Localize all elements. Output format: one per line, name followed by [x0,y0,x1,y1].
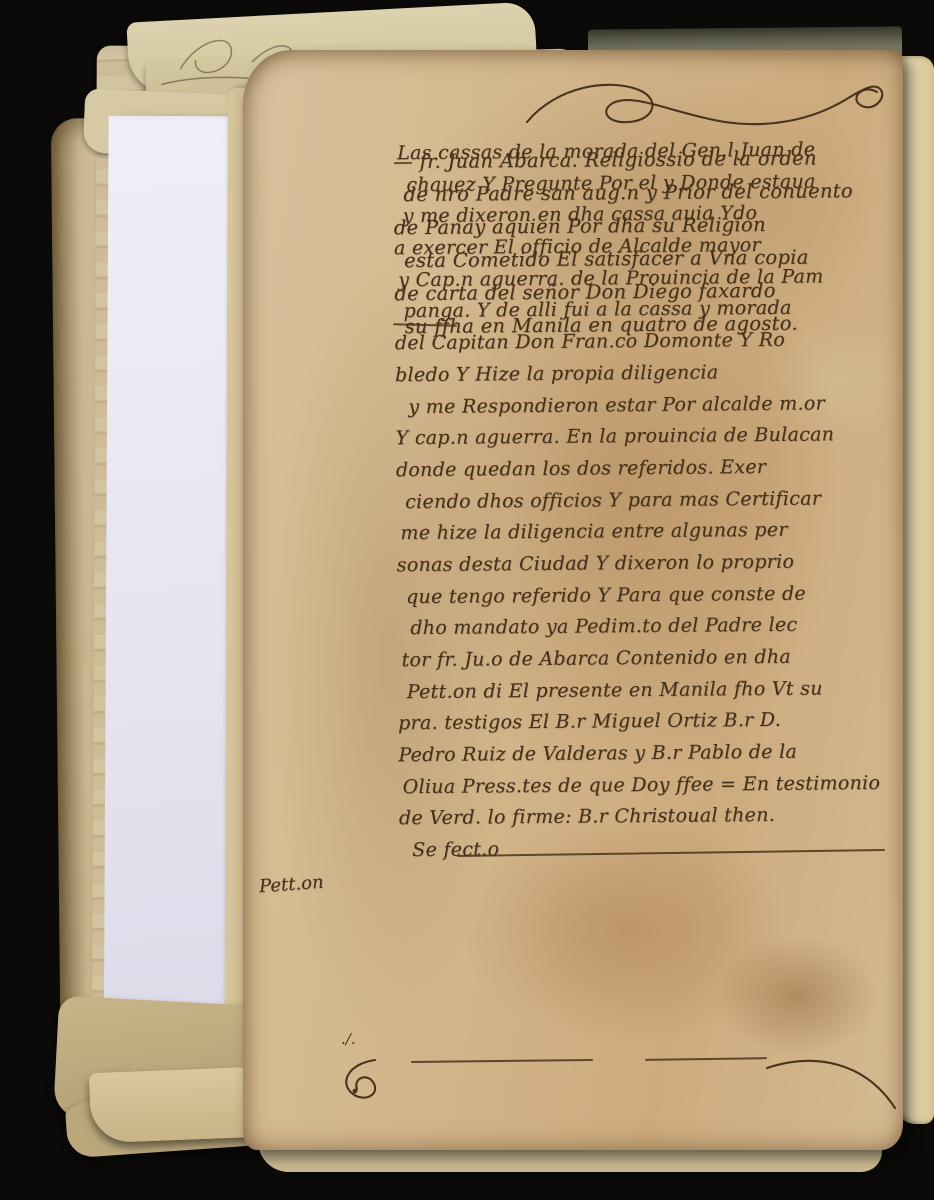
margin-mark: ./. [341,1030,356,1048]
manuscript-line: pra. testigos El B.r Miguel Ortiz B.r D. [398,704,880,740]
manuscript-line: Pedro Ruiz de Valderas y B.r Pablo de la [398,736,880,772]
manuscript-line: bledo Y Hize la propia diligencia [395,356,877,392]
manuscript-line: — fr. Juan Abarca. Religiossio de la ord… [393,141,853,178]
manuscript-line-closing: Se fect.o [399,831,881,867]
manuscript-line: ciendo dhos officios Y para mas Certific… [396,483,878,519]
manuscript-line: donde quedan los dos referidos. Exer [396,451,878,487]
calligraphic-flourish-top [515,70,893,142]
underline-final-left [411,1059,593,1063]
manuscript-line: Pett.on di El presente en Manila fho Vt … [398,673,880,709]
manuscript-line: de carta del señor Don Diego faxardo [394,273,854,310]
flourish-tail [763,1046,905,1132]
underline-final-right [645,1057,767,1061]
manuscript-photo: Las cassas de la morada del Gen.l Juan d… [0,0,934,1200]
manuscript-line: que tengo referido Y Para que conste de [397,578,879,614]
manuscript-line: y me Respondieron estar Por alcalde m.or [395,388,877,424]
manuscript-line: su ffha en Manila en quatro de agosto. [395,306,855,343]
manuscript-line: sonas desta Ciudad Y dixeron lo proprio [397,546,879,582]
manuscript-line: dho mandato ya Pedim.to del Padre lec [397,609,879,645]
margin-note-petition: Pett.on [258,872,324,897]
white-insert-sheet [103,116,242,1113]
manuscript-line: de Verd. lo firme: B.r Christoual then. [399,799,881,835]
manuscript-page: Las cassas de la morada del Gen.l Juan d… [243,50,903,1150]
petition-paragraph: — fr. Juan Abarca. Religiossio de la ord… [393,141,854,343]
manuscript-line: Y cap.n aguerra. En la prouincia de Bula… [395,419,877,455]
manuscript-line: tor fr. Ju.o de Abarca Contenido en dha [397,641,879,677]
calligraphic-flourish-bottom [331,1052,395,1110]
manuscript-line: me hize la diligencia entre algunas per [396,514,878,550]
manuscript-line: de nro Padre san aug.n y Prior del conue… [393,174,853,211]
manuscript-line: de Panay aquien Por dha su Religion [394,207,854,244]
manuscript-line: Oliua Press.tes de que Doy ffee = En tes… [399,768,881,804]
manuscript-line: esta Cometido El satisfacer a Vna copia [394,240,854,277]
